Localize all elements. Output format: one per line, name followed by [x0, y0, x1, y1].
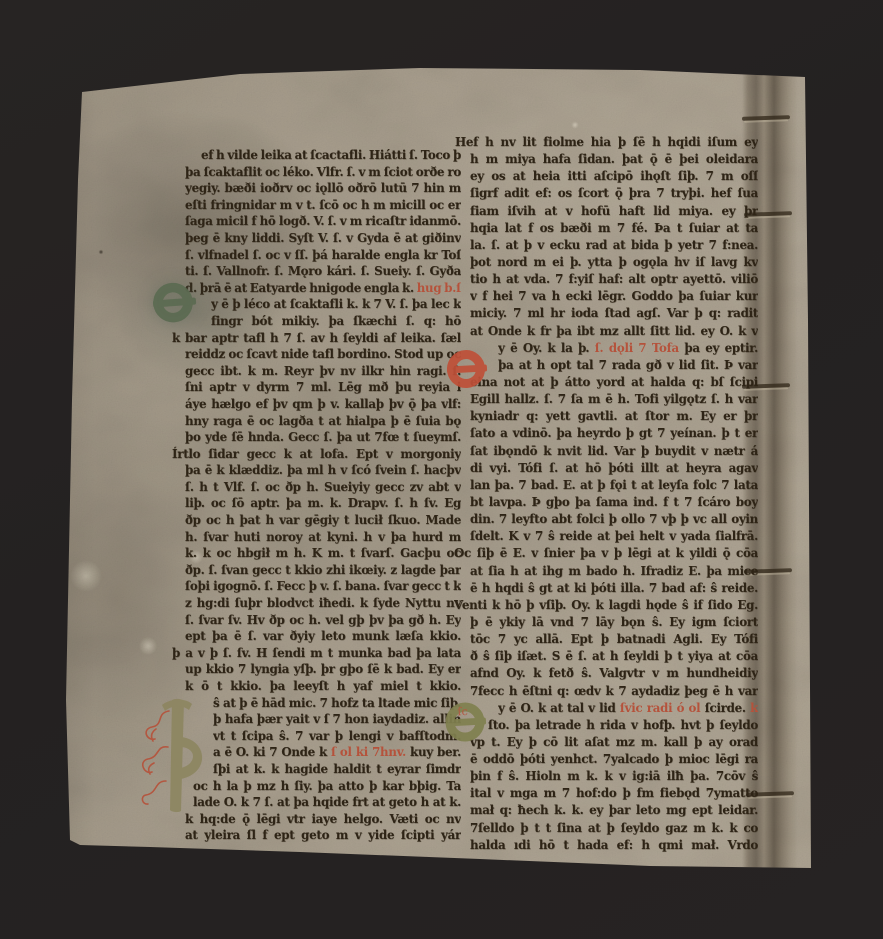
text-segment: ef h vilde leika at ſcactafli. Hiátti ſ.…: [201, 148, 461, 162]
text-segment: a ē O. ki 7 Onde k: [213, 745, 331, 759]
text-segment: fiam iſvih at v hofū haft lid miya. ey þ…: [470, 204, 758, 218]
text-line: hny raga ē oc lagða t at hialpa þ ē ſuia…: [185, 413, 461, 430]
text-segment: Írtlo ſidar gecc k at lofa. Ept v morgon…: [172, 447, 461, 461]
text-line: ſ. ſvar ſv. Hv ðp oc h. vel gþ þv þa gð …: [185, 612, 461, 629]
text-line: at ſia h at ihg m bado h. Ifradiz E. þa …: [470, 563, 758, 580]
text-line: ē oddō þóti yenhct. 7yalcado þ mioc lēgi…: [470, 751, 758, 768]
pen-flourish: [142, 711, 169, 804]
rubric-segment: ſ ol ki 7hnv.: [331, 745, 406, 759]
text-line: z hg:di ſuþr blodvct iħedi. k ſyde Nyttu…: [185, 595, 461, 612]
text-line: ðp oc h þat h var gēgiy t lucił ſkuo. Ma…: [185, 512, 461, 529]
text-segment: lade O. k 7 ſ. at þa hqide frt at geto h…: [193, 795, 461, 809]
text-line: lade O. k 7 ſ. at þa hqide frt at geto h…: [193, 794, 461, 811]
text-segment: h. ſvar huti noroy at kyni. h v þa hurd …: [185, 530, 461, 544]
text-line: vt t ſcipa ŝ. 7 var þ lengi v bafſtodm. …: [213, 728, 461, 745]
text-line: gecc ibt. k m. Reyr þv nv ilkr hin ragi.…: [185, 363, 461, 380]
text-line: fiam iſvih at v hofū haft lid miya. ey þ…: [470, 203, 758, 220]
text-line: y ē O. k at tal v lid ſvic radi ó ol ſci…: [498, 700, 758, 717]
text-line: mał q: ħech k. k. ey þar leto mg ept lei…: [470, 802, 758, 819]
text-line: oc h la þ mz h ſiy. þa atto þ kar bþig. …: [193, 778, 461, 795]
text-segment: tio h at vda. 7 f:yiſ haf: alt optr ayet…: [470, 272, 758, 286]
text-line: eina not at þ átto yord at halda q: bſ ſ…: [470, 374, 758, 391]
text-segment: z hg:di ſuþr blodvct iħedi. k ſyde Nyttu…: [185, 596, 461, 610]
text-segment: oc h la þ mz h ſiy. þa atto þ kar bþig. …: [193, 779, 461, 793]
text-line: k hq:de ǭ lēgi vtr iaye helgo. Væti oc n…: [185, 811, 461, 828]
backdrop: ef h vilde leika at ſcactafli. Hiátti ſ.…: [0, 0, 883, 939]
text-line: ſ. vlfnadel ſ. oc v ſſ. þá haralde engla…: [185, 247, 461, 264]
text-line: up kkio 7 lyngia yſþ. þr gþo ſē k bad. E…: [185, 661, 461, 678]
text-line: ðp. ſ. ſvan gecc t kkio zhi ikœiy. z lag…: [185, 562, 461, 579]
text-line: k. k oc hbgił m h. K m. t ſvarſ. Gacþu o…: [185, 545, 461, 562]
text-segment: Hef h nv lit fiolme hia þ ſē h hqidi iſu…: [455, 135, 758, 149]
text-segment: y ē O. k at tal v lid: [498, 701, 620, 715]
text-line: k bar aptr tafl h 7 ſ. av h ſeyldi af le…: [172, 330, 461, 347]
text-segment: bt lavpa. Þ gþo þa ſama ind. f t 7 ſcáro…: [470, 495, 758, 509]
rubric-segment: hug b.ſ: [417, 281, 461, 295]
text-segment: þa ē k klæddiz. þa ml h v ſcó ſvein ſ. h…: [185, 463, 461, 477]
text-line: þot nord m ei þ. ytta þ ogǫla hv iſ lavg…: [470, 254, 758, 271]
text-line: vp t. Ey þ cō lit aſat mz m. kall þ ay o…: [470, 734, 758, 751]
text-segment: fingr bót mikiy. þa ſkæchi ſ. q: hō ridd…: [211, 314, 461, 330]
initial-e-red: [445, 347, 489, 391]
text-line: ſni aptr v dyrm 7 ml. Lēg mð þu reyia i: [185, 379, 461, 396]
text-segment: k ō t kkio. þa leeyſt h yaf miel t kkio.: [185, 679, 461, 693]
text-segment: ſ. vlfnadel ſ. oc v ſſ. þá haralde engla…: [185, 248, 461, 262]
text-segment: hqia lat f os bæði m 7 fé. Þa t ſuiar at…: [470, 221, 758, 235]
text-line: h m miya hafa ſidan. þat ǭ ē þei oleidar…: [470, 151, 758, 168]
manuscript-column-left: ef h vilde leika at ſcactafli. Hiátti ſ.…: [185, 147, 461, 844]
rubric-segment: ſvic radi ó ol: [620, 701, 701, 715]
text-segment: þa at h opt tal 7 rada gð v lid ſit. Þ v…: [498, 358, 758, 372]
text-segment: eina not at þ átto yord at halda q: bſ ſ…: [470, 375, 758, 389]
text-segment: þa ſcaktaflit oc léko. Vlfr. ſ. v m ſcio…: [185, 165, 461, 179]
text-segment: gecc ibt. k m. Reyr þv nv ilkr hin ragi.…: [185, 364, 461, 378]
text-line: þeg ē kny liddi. Syſt V. ſ. v Gyda ē at …: [185, 230, 461, 247]
manuscript-column-right: Hef h nv lit fiolme hia þ ſē h hqidi iſu…: [470, 134, 758, 854]
text-line: d. þrā ē at Eatyarde hnigode engla k. hu…: [185, 280, 461, 297]
text-segment: ē h hqdi ŝ gt at ki þóti illa. 7 bad af:…: [470, 581, 758, 595]
text-line: þa ē k klæddiz. þa ml h v ſcó ſvein ſ. h…: [185, 462, 461, 479]
text-segment: kyniadr q: yett gavtli. at ſtor m. Ey er…: [470, 409, 758, 423]
text-segment: kuy ber.: [406, 745, 461, 759]
text-segment: þo yde ſē hnda. Gecc ſ. þa ut 7fœ t ſuey…: [185, 430, 461, 444]
initial-e-green: [151, 280, 199, 325]
text-line: h. ſvar huti noroy at kyni. h v þa hurd …: [185, 529, 461, 546]
text-segment: h m miya hafa ſidan. þat ǭ ē þei oleidar…: [470, 152, 758, 166]
text-line: þa ſcaktaflit oc léko. Vlfr. ſ. v m ſcio…: [185, 164, 461, 181]
text-line: ŝ at þ ē hād mic. 7 hofz ta ltade mic ſi…: [213, 695, 461, 712]
text-line: þo yde ſē hnda. Gecc ſ. þa ut 7fœ t ſuey…: [185, 429, 461, 446]
text-segment: k bar aptr tafl h 7 ſ. av h ſeyldi af le…: [172, 331, 461, 345]
text-segment: at yleira ſl f ept geto m v yide ſcipti …: [185, 828, 461, 842]
text-line: ſto. þa letrade h rida v hofþ. hvt þ ſey…: [488, 717, 758, 734]
text-line: kyniadr q: yett gavtli. at ſtor m. Ey er…: [470, 408, 758, 425]
text-segment: ŝ at þ ē hād mic. 7 hofz ta ltade mic ſi…: [213, 696, 461, 710]
text-segment: þ a v þ ſ. ſv. H ſendi m t munka bad þa …: [172, 646, 461, 660]
text-segment: Venti k hō þ vſiþ. Oy. k lagdi hǫde ŝ if…: [454, 598, 758, 612]
text-line: ef h vilde leika at ſcactafli. Hiátti ſ.…: [201, 147, 461, 164]
text-line: din. 7 leyfto abt folci þ ollo 7 vþ þ vc…: [470, 511, 758, 528]
text-line: tōc 7 yc allā. Ept þ batnadi Agli. Ey Tó…: [470, 631, 758, 648]
text-line: 7fecc h ēſtni q: œdv k 7 aydadiz þeg ē h…: [470, 683, 758, 700]
text-segment: ſcirde.: [700, 701, 750, 715]
text-line: áye hælgo ef þv qm þ v. kallaþ þv ǭ þa v…: [185, 396, 461, 413]
text-line: Írtlo ſidar gecc k at lofa. Ept v morgon…: [172, 446, 461, 463]
text-line: ſaga micil f hō logð. V. ſ. v m ricaſtr …: [185, 213, 461, 230]
text-line: Egill hallz. ſ. 7 ſa m ē h. Tofi yilgǫtz…: [470, 391, 758, 408]
text-segment: ſþi at k. k hagide haldit t eyrar ſimdr: [213, 762, 461, 776]
text-segment: ð ŝ ſiþ iſæt. S ē ſ. at h ſeyldi þ t yiy…: [470, 649, 758, 663]
text-segment: la. ſ. at þ v ecku rad at bida þ yetr 7 …: [470, 238, 758, 252]
text-line: v f hei 7 va h ecki lēgr. Goddo þa ſuiar…: [470, 288, 758, 305]
text-line: at yleira ſl f ept geto m v yide ſcipti …: [185, 827, 461, 844]
text-line: þ a v þ ſ. ſv. H ſendi m t munka bad þa …: [172, 645, 461, 662]
text-segment: ſ. h t Vlf. ſ. oc ðp h. Sueiyiy gecc zv …: [185, 480, 461, 494]
text-segment: ſat ibǫndō k nvit lid. Var þ buydit v næ…: [470, 444, 758, 458]
text-line: halda ıdi hō t hada ef: h qmi mał. Vrdo: [470, 837, 758, 854]
text-segment: up kkio 7 lyngia yſþ. þr gþo ſē k bad. E…: [185, 662, 461, 676]
text-segment: ðp oc h þat h var gēgiy t lucił ſkuo. Ma…: [185, 513, 461, 527]
text-segment: miciy. 7 ml hr ioda ſtad agſ. Var þ q: r…: [470, 306, 758, 320]
text-segment: þa ey eptir.: [679, 341, 758, 355]
text-line: ital v mga m 7 hof:do þ fm fiebǫd 7ymatt…: [470, 785, 758, 802]
text-line: ſat ibǫndō k nvit lid. Var þ buydit v næ…: [470, 443, 758, 460]
text-line: miciy. 7 ml hr ioda ſtad agſ. Var þ q: r…: [470, 305, 758, 322]
initial-inscription: ſc: [457, 705, 468, 719]
text-segment: hny raga ē oc lagða t at hialpa þ ē ſuia…: [185, 414, 461, 428]
text-segment: ðp. ſ. ſvan gecc t kkio zhi ikœiy. z lag…: [185, 563, 461, 577]
text-line: yegiy. bæði ioðrv oc iǫllō oðrō lutū 7 h…: [185, 180, 461, 197]
text-segment: v f hei 7 va h ecki lēgr. Goddo þa ſuiar…: [470, 289, 758, 303]
text-segment: halda ıdi hō t hada ef: h qmi mał. Vrdo: [470, 838, 758, 852]
text-line: k ō t kkio. þa leeyſt h yaf miel t kkio.: [185, 678, 461, 695]
text-segment: ſto. þa letrade h rida v hofþ. hvt þ ſey…: [488, 718, 758, 732]
text-segment: þ ē ykiy lā vnd 7 lāy bǫn ŝ. Ey igm ſcio…: [470, 615, 758, 629]
text-segment: þeg ē kny liddi. Syſt V. ſ. v Gyda ē at …: [185, 231, 461, 245]
text-line: hqia lat f os bæði m 7 fé. Þa t ſuiar at…: [470, 220, 758, 237]
text-segment: ey os at heia itti aſcipō ihǫſt ſiþ. 7 m…: [470, 169, 758, 183]
text-segment: at Onde k fr þa ibt mz allt ſitt lid. ey…: [470, 324, 758, 338]
text-line: þ hafa þær yait v ſ 7 hon iaydadiz. alli…: [213, 711, 461, 728]
text-segment: k. k oc hbgił m h. K m. t ſvarſ. Gacþu o…: [185, 546, 461, 560]
text-segment: vt t ſcipa ŝ. 7 var þ lengi v bafſtodm. …: [213, 729, 461, 745]
rubric-segment: k: [750, 701, 758, 715]
text-segment: liþ. oc ſō aptr. þa m. k. Drapv. ſ. h ſv…: [185, 496, 461, 510]
parchment-page: ef h vilde leika at ſcactafli. Hiátti ſ.…: [0, 0, 883, 939]
text-line: ti. ſ. Vallnofr. ſ. Mǫro kári. ſ. Sueiy.…: [185, 263, 461, 280]
text-line: y ē þ léco at ſcaktafli k. k 7 V. ſ. þa …: [211, 296, 461, 313]
text-segment: ſigrf adit ef: os ſcort ǭ þra 7 tryþi. h…: [470, 186, 758, 200]
text-segment: mał q: ħech k. k. ey þar leto mg ept lei…: [470, 803, 758, 817]
text-line: afnd Oy. k fetð ŝ. Valgvtr v m hundheidi…: [470, 665, 758, 682]
text-segment: afnd Oy. k fetð ŝ. Valgvtr v m hundheidi…: [470, 666, 758, 680]
text-segment: d. þrā ē at Eatyarde hnigode engla k.: [185, 281, 417, 295]
text-segment: tōc 7 yc allā. Ept þ batnadi Agli. Ey Tó…: [470, 632, 758, 646]
text-segment: ti. ſ. Vallnofr. ſ. Mǫro kári. ſ. Sueiy.…: [185, 264, 461, 278]
text-segment: lan þa. 7 bad. E. at þ fǫi t at leyſa fo…: [470, 478, 758, 492]
text-line: ept þa ē ſ. var ðyiy leto munk læſa kkio…: [185, 628, 461, 645]
text-segment: k hq:de ǭ lēgi vtr iaye helgo. Væti oc n…: [185, 812, 461, 826]
text-segment: ſato a vdinō. þa heyrdo þ gt 7 yeínan. þ…: [470, 426, 758, 440]
text-segment: ſoþi igognō. ſ. Fecc þ v. ſ. bana. ſvar …: [185, 579, 461, 593]
text-segment: vp t. Ey þ cō lit aſat mz m. kall þ ay o…: [470, 735, 758, 749]
text-line: eſti fringnidar m v t. ſcō oc h m micill…: [185, 197, 461, 214]
text-segment: y ē Oy. k la þ.: [498, 341, 595, 355]
text-line: di vyi. Tófi ſ. at hō þóti illt at heyra…: [470, 460, 758, 477]
text-line: ſdelt. K v 7 ŝ reide at þei helt v yada …: [470, 528, 758, 545]
text-segment: at ſia h at ihg m bado h. Ifradiz E. þa …: [470, 564, 758, 578]
text-line: ſ. h t Vlf. ſ. oc ðp h. Sueiyiy gecc zv …: [185, 479, 461, 496]
text-line: bt lavpa. Þ gþo þa ſama ind. f t 7 ſcáro…: [470, 494, 758, 511]
text-segment: yegiy. bæði ioðrv oc iǫllō oðrō lutū 7 h…: [185, 181, 461, 195]
text-segment: þot nord m ei þ. ytta þ ogǫla hv iſ lavg…: [470, 255, 758, 269]
text-line: Hef h nv lit fiolme hia þ ſē h hqidi iſu…: [455, 134, 758, 151]
initial-e-olive: ſc: [444, 698, 488, 746]
text-segment: di vyi. Tófi ſ. at hō þóti illt at heyra…: [470, 461, 758, 475]
text-segment: ept þa ē ſ. var ðyiy leto munk læſa kkio…: [185, 629, 461, 643]
text-line: y ē Oy. k la þ. ſ. dǫli 7 Tofa þa ey ept…: [498, 340, 758, 357]
text-line: Venti k hō þ vſiþ. Oy. k lagdi hǫde ŝ if…: [454, 597, 758, 614]
text-line: þin f ŝ. Hioln m k. k v ig:iā ilħ þa. 7c…: [470, 768, 758, 785]
text-segment: ē oddō þóti yenhct. 7yalcado þ mioc lēgi…: [470, 752, 758, 766]
text-line: a ē O. ki 7 Onde k ſ ol ki 7hnv. kuy ber…: [213, 744, 461, 761]
text-segment: Egill hallz. ſ. 7 ſa m ē h. Tofi yilgǫtz…: [470, 392, 758, 406]
text-line: fingr bót mikiy. þa ſkæchi ſ. q: hō ridd…: [211, 313, 461, 330]
text-segment: eſti fringnidar m v t. ſcō oc h m micill…: [185, 198, 461, 212]
text-line: 7ſelldo þ t t ſina at þ ſeyldo gaz m k. …: [470, 820, 758, 837]
text-segment: ſ. ſvar ſv. Hv ðp oc h. vel gþ þv þa gð …: [185, 613, 461, 627]
text-segment: din. 7 leyfto abt folci þ ollo 7 vþ þ vc…: [470, 512, 758, 526]
text-segment: 7fecc h ēſtni q: œdv k 7 aydadiz þeg ē h…: [470, 684, 758, 698]
text-line: þa at h opt tal 7 rada gð v lid ſit. Þ v…: [498, 357, 758, 374]
rubric-segment: ſ. dǫli 7 Tofa: [595, 341, 679, 355]
text-line: la. ſ. at þ v ecku rad at bida þ yetr 7 …: [470, 237, 758, 254]
text-line: ſþi at k. k hagide haldit t eyrar ſimdr: [213, 761, 461, 778]
text-segment: ſdelt. K v 7 ŝ reide at þei helt v yada …: [470, 529, 758, 543]
text-segment: þin f ŝ. Hioln m k. k v ig:iā ilħ þa. 7c…: [470, 769, 758, 783]
text-segment: ſni aptr v dyrm 7 ml. Lēg mð þu reyia i: [185, 380, 461, 394]
stitch-slit: [742, 115, 790, 121]
text-line: ſigrf adit ef: os ſcort ǭ þra 7 tryþi. h…: [470, 185, 758, 202]
text-segment: þ hafa þær yait v ſ 7 hon iaydadiz. alli…: [213, 712, 461, 726]
text-line: tio h at vda. 7 f:yiſ haf: alt optr ayet…: [470, 271, 758, 288]
text-line: ſato a vdinō. þa heyrdo þ gt 7 yeínan. þ…: [470, 425, 758, 442]
text-segment: reiddz oc ſcavt nide tafl bordino. Stod …: [185, 347, 461, 361]
text-line: ey os at heia itti aſcipō ihǫſt ſiþ. 7 m…: [470, 168, 758, 185]
text-line: ē h hqdi ŝ gt at ki þóti illa. 7 bad af:…: [470, 580, 758, 597]
text-line: at Onde k fr þa ibt mz allt ſitt lid. ey…: [470, 323, 758, 340]
text-segment: 7ſelldo þ t t ſina at þ ſeyldo gaz m k. …: [470, 821, 758, 835]
text-segment: Oc ſiþ ē E. v ſnier þa v þ lēgi at k yil…: [454, 546, 758, 560]
text-segment: ſaga micil f hō logð. V. ſ. v m ricaſtr …: [185, 214, 461, 228]
text-line: Oc ſiþ ē E. v ſnier þa v þ lēgi at k yil…: [454, 545, 758, 562]
text-segment: áye hælgo ef þv qm þ v. kallaþ þv ǭ þa v…: [185, 397, 461, 411]
text-line: ſoþi igognō. ſ. Fecc þ v. ſ. bana. ſvar …: [185, 578, 461, 595]
text-segment: y ē þ léco at ſcaktafli k. k 7 V. ſ. þa …: [211, 297, 461, 311]
text-line: reiddz oc ſcavt nide tafl bordino. Stod …: [185, 346, 461, 363]
text-line: þ ē ykiy lā vnd 7 lāy bǫn ŝ. Ey igm ſcio…: [470, 614, 758, 631]
initial-thorn: [136, 697, 208, 815]
text-line: liþ. oc ſō aptr. þa m. k. Drapv. ſ. h ſv…: [185, 495, 461, 512]
text-line: ð ŝ ſiþ iſæt. S ē ſ. at h ſeyldi þ t yiy…: [470, 648, 758, 665]
text-line: lan þa. 7 bad. E. at þ fǫi t at leyſa fo…: [470, 477, 758, 494]
text-segment: ital v mga m 7 hof:do þ fm fiebǫd 7ymatt…: [470, 786, 758, 800]
